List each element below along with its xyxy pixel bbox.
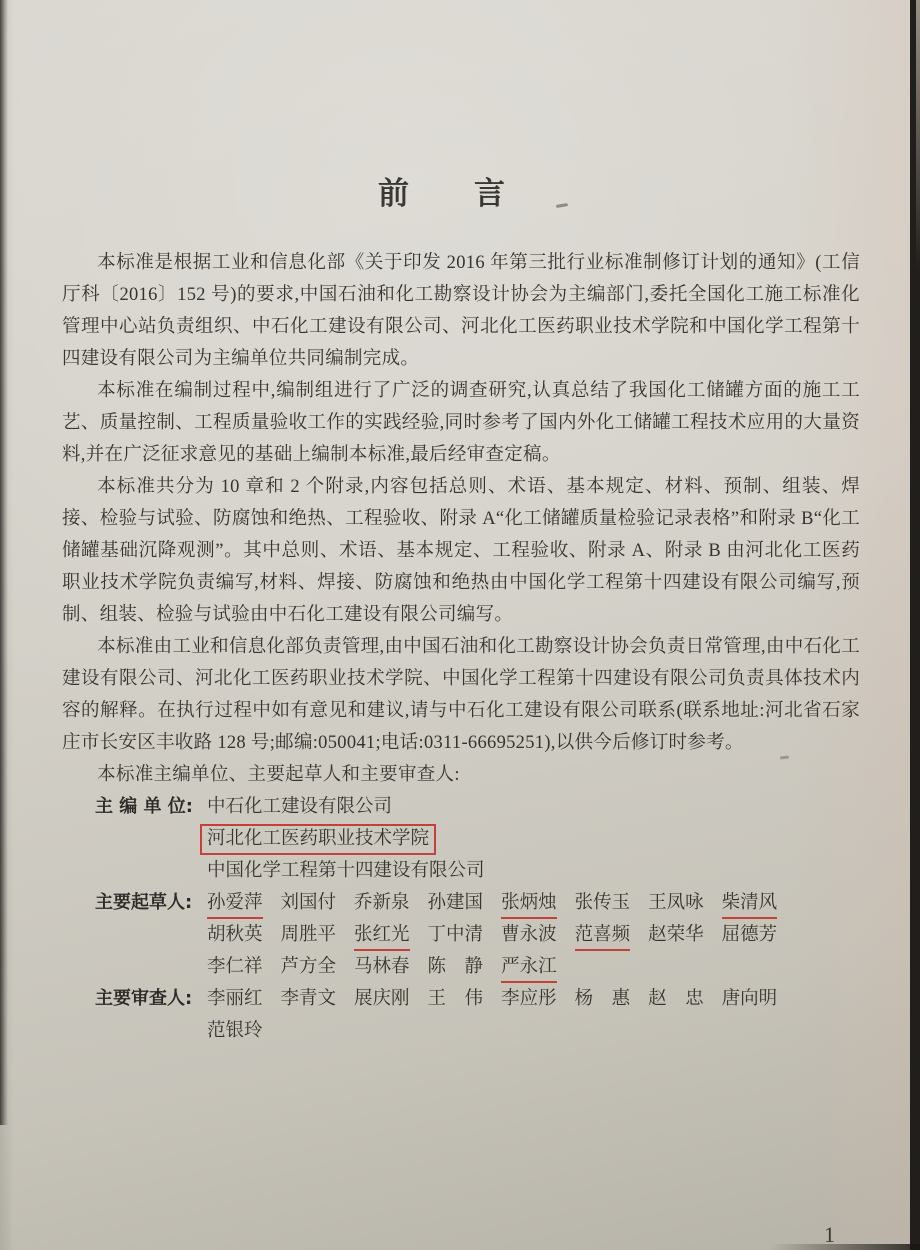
reviewer-name: 王 伟 [428,983,484,1015]
drafter-name: 孙建国 [428,887,484,919]
drafter-name: 严永江 [501,951,557,983]
drafter-name: 张传玉 [575,887,631,919]
page-title: 前 言 [43,168,841,213]
drafters-line-1: 孙爱萍 刘国付 乔新泉 孙建国 张炳烛 张传玉 王凤咏 柴清风 [207,887,860,919]
drafter-name: 张炳烛 [501,887,557,919]
reviewers-line-1: 李丽红 李青文 展庆刚 王 伟 李应彤 杨 惠 赵 忠 唐向明 [207,983,860,1015]
reviewer-name: 杨 惠 [575,983,631,1015]
credits-section: 主 编 单 位: 中石化工建设有限公司 河北化工医药职业技术学院 中国化学工程第… [62,791,860,1047]
drafter-name: 范喜频 [575,919,631,951]
red-highlight-box: 河北化工医药职业技术学院 [200,824,436,855]
reviewer-name: 展庆刚 [354,983,410,1015]
drafters-line-3: 李仁祥 芦方全 马林春 陈 静 严永江 [207,951,860,983]
drafters-line-2: 胡秋英 周胜平 张红光 丁中清 曹永波 范喜频 赵荣华 屈德芳 [207,919,860,951]
drafter-name: 张红光 [354,919,410,951]
reviewers-line-2: 范银玲 [207,1015,860,1047]
paragraph-2: 本标准在编制过程中,编制组进行了广泛的调查研究,认真总结了我国化工储罐方面的施工… [62,375,860,471]
drafter-name: 孙爱萍 [207,887,263,919]
paragraph-5: 本标准主编单位、主要起草人和主要审查人: [62,759,860,791]
drafter-name: 乔新泉 [354,887,410,919]
paragraph-3: 本标准共分为 10 章和 2 个附录,内容包括总则、术语、基本规定、材料、预制、… [62,471,860,631]
photo-bottom-edge [770,1244,920,1250]
drafter-name: 丁中清 [428,919,484,951]
reviewers-label: 主要审查人: [95,983,207,1015]
drafters-label: 主要起草人: [95,887,207,919]
unit-line: 中石化工建设有限公司 [207,791,860,823]
drafter-name: 刘国付 [281,887,337,919]
drafter-name: 王凤咏 [648,887,704,919]
paragraph-4: 本标准由工业和信息化部负责管理,由中国石油和化工勘察设计协会负责日常管理,由中石… [62,631,860,759]
chief-units-label: 主 编 单 位: [95,791,207,823]
drafter-name: 曹永波 [501,919,557,951]
drafter-name: 胡秋英 [207,919,263,951]
unit-line: 中国化学工程第十四建设有限公司 [207,855,860,887]
page-number: 1 [824,1222,835,1248]
drafters-row: 主要起草人: 孙爱萍 刘国付 乔新泉 孙建国 张炳烛 张传玉 王凤咏 柴清风 胡… [95,887,860,983]
drafter-name: 马林春 [354,951,410,983]
drafter-name: 李仁祥 [207,951,263,983]
chief-units-list: 中石化工建设有限公司 河北化工医药职业技术学院 中国化学工程第十四建设有限公司 [207,791,860,887]
paragraph-1: 本标准是根据工业和信息化部《关于印发 2016 年第三批行业标准制修订计划的通知… [62,247,860,375]
reviewers-row: 主要审查人: 李丽红 李青文 展庆刚 王 伟 李应彤 杨 惠 赵 忠 唐向明 范… [95,983,860,1047]
reviewer-name: 李应彤 [501,983,557,1015]
drafter-name: 柴清风 [722,887,778,919]
page-edge-highlight [916,0,920,270]
reviewer-name: 李青文 [281,983,337,1015]
chief-units-row: 主 编 单 位: 中石化工建设有限公司 河北化工医药职业技术学院 中国化学工程第… [95,791,860,887]
reviewer-name: 李丽红 [207,983,263,1015]
drafter-name: 赵荣华 [648,919,704,951]
drafters-list: 孙爱萍 刘国付 乔新泉 孙建国 张炳烛 张传玉 王凤咏 柴清风 胡秋英 周胜平 … [207,887,860,983]
drafter-name: 屈德芳 [722,919,778,951]
preface-body: 本标准是根据工业和信息化部《关于印发 2016 年第三批行业标准制修订计划的通知… [62,247,860,791]
reviewers-list: 李丽红 李青文 展庆刚 王 伟 李应彤 杨 惠 赵 忠 唐向明 范银玲 [207,983,860,1047]
unit-name: 中石化工建设有限公司 [207,791,392,823]
reviewer-name: 唐向明 [722,983,778,1015]
drafter-name: 陈 静 [428,951,484,983]
drafter-name: 芦方全 [281,951,337,983]
reviewer-name: 范银玲 [207,1015,263,1047]
unit-line: 河北化工医药职业技术学院 [207,823,860,855]
reviewer-name: 赵 忠 [648,983,704,1015]
drafter-name: 周胜平 [281,919,337,951]
unit-name: 中国化学工程第十四建设有限公司 [207,855,485,887]
